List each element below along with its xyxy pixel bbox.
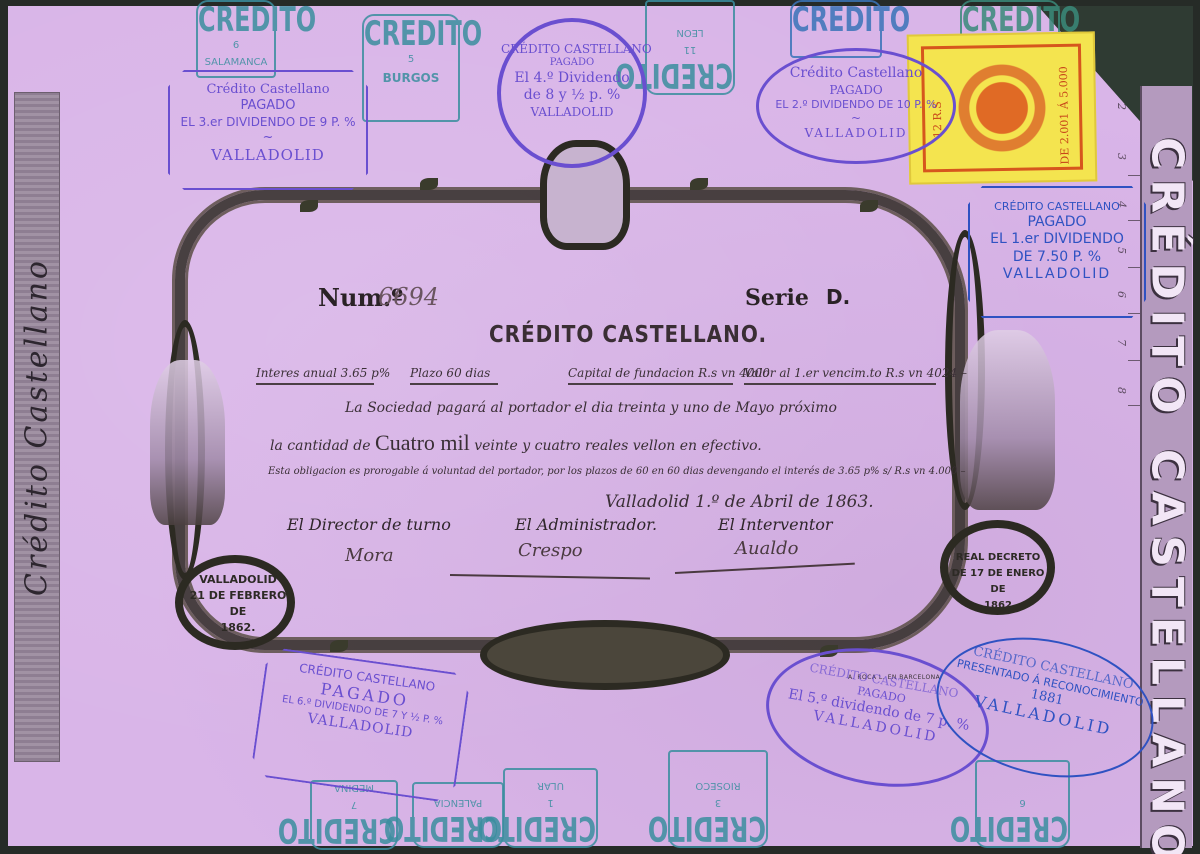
ornamental-vine-frame bbox=[175, 190, 965, 650]
body-line-1: La Sociedad pagará al portador el dia tr… bbox=[345, 400, 837, 416]
left-counterfoil-strip: Crédito Castellano bbox=[14, 92, 60, 762]
leaf-ornament bbox=[860, 200, 878, 212]
place-date: Valladolid 1.º de Abril de 1863. bbox=[605, 492, 874, 512]
signature-administrator: Crespo bbox=[518, 540, 583, 561]
cartouche-left-line: VALLADOLID bbox=[183, 572, 293, 588]
leaf-ornament bbox=[420, 178, 438, 190]
ruler-number: 7 bbox=[1115, 339, 1128, 346]
serie-label: Serie bbox=[745, 285, 809, 311]
credito-branch-stamp-burgos: CREDITO 5 BURGOS bbox=[362, 14, 460, 122]
right-strip-text: CRÉDITO CASTELLANO. bbox=[1142, 137, 1193, 854]
cartouche-left-line: 21 DE FEBRERO bbox=[183, 588, 293, 604]
amount-suffix: veinte y cuatro reales vellon en efectiv… bbox=[474, 438, 762, 454]
dividend-stamp-2nd: Crédito Castellano PAGADO EL 2.º DIVIDEN… bbox=[756, 48, 956, 164]
leaf-ornament bbox=[690, 178, 708, 190]
cartouche-left-text: VALLADOLID 21 DE FEBRERO DE 1862. bbox=[183, 572, 293, 636]
ruler-tick bbox=[1128, 175, 1140, 176]
ruler-number: 2 bbox=[1115, 103, 1128, 110]
signatory-administrator-label: El Administrador. bbox=[515, 515, 657, 534]
dividend-stamp-3rd: Crédito Castellano PAGADO EL 3.er DIVIDE… bbox=[168, 70, 368, 190]
cartouche-left-line: 1862. bbox=[183, 620, 293, 636]
signatory-interventor-label: El Interventor bbox=[718, 515, 833, 534]
farm-tools-sheaf-illustration bbox=[480, 620, 730, 690]
leaf-ornament bbox=[330, 640, 348, 652]
left-strip-text: Crédito Castellano bbox=[20, 107, 55, 747]
credito-branch-stamp-rioseco: CREDITO 3 RIOSECO bbox=[668, 750, 768, 848]
ruler-tick bbox=[1128, 405, 1140, 406]
signature-interventor: Aualdo bbox=[735, 538, 798, 559]
ruler-tick bbox=[1128, 360, 1140, 361]
cartouche-right-line: DE 17 DE ENERO bbox=[948, 566, 1048, 582]
amount-prefix: la cantidad de bbox=[270, 438, 371, 454]
signature-director: Mora bbox=[345, 545, 394, 566]
cartouche-right-line: REAL DECRETO bbox=[948, 550, 1048, 566]
document-title: CRÉDITO CASTELLANO. bbox=[458, 320, 798, 348]
amount-words: Cuatro mil bbox=[375, 430, 470, 455]
cartouche-right-line: 1862 bbox=[948, 598, 1048, 614]
signatory-director-label: El Director de turno bbox=[287, 515, 451, 534]
fiscal-stamp-range: DE 2.001 Á 5.000 bbox=[1057, 66, 1072, 164]
ceres-figure-illustration bbox=[960, 330, 1055, 510]
serie-value: D. bbox=[826, 285, 850, 309]
credito-branch-stamp-leon: CREDITO 11 LEON bbox=[645, 0, 735, 95]
cartouche-left-line: DE bbox=[183, 604, 293, 620]
credito-branch-stamp-salamanca: CREDITO 6 SALAMANCA bbox=[196, 0, 276, 78]
field-first-maturity-value: Valor al 1.er vencim.to R.s vn 4024 – bbox=[744, 366, 936, 385]
dividend-stamp-1st: CRÉDITO CASTELLANO PAGADO EL 1.er DIVIDE… bbox=[968, 186, 1146, 318]
cartouche-right-text: REAL DECRETO DE 17 DE ENERO DE 1862 bbox=[948, 550, 1048, 614]
serial-number: 6694 bbox=[378, 283, 439, 311]
dividend-stamp-4th: CRÉDITO CASTELLANO PAGADO El 4.º Dividen… bbox=[497, 18, 647, 168]
ruler-number: 3 bbox=[1115, 153, 1128, 160]
ruler-number: 8 bbox=[1115, 387, 1128, 394]
credito-branch-stamp-ular: CREDITO 1 ULAR bbox=[503, 768, 598, 848]
body-line-2: la cantidad de Cuatro mil veinte y cuatr… bbox=[270, 430, 762, 456]
field-term: Plazo 60 dias bbox=[410, 366, 498, 385]
cartouche-right-line: DE bbox=[948, 582, 1048, 598]
mercury-figure-illustration bbox=[150, 360, 225, 525]
leaf-ornament bbox=[300, 200, 318, 212]
field-capital: Capital de fundacion R.s vn 4000 bbox=[568, 366, 733, 385]
field-annual-interest: Interes anual 3.65 p% bbox=[256, 366, 374, 385]
body-line-3: Esta obligacion es prorogable á voluntad… bbox=[268, 466, 966, 477]
